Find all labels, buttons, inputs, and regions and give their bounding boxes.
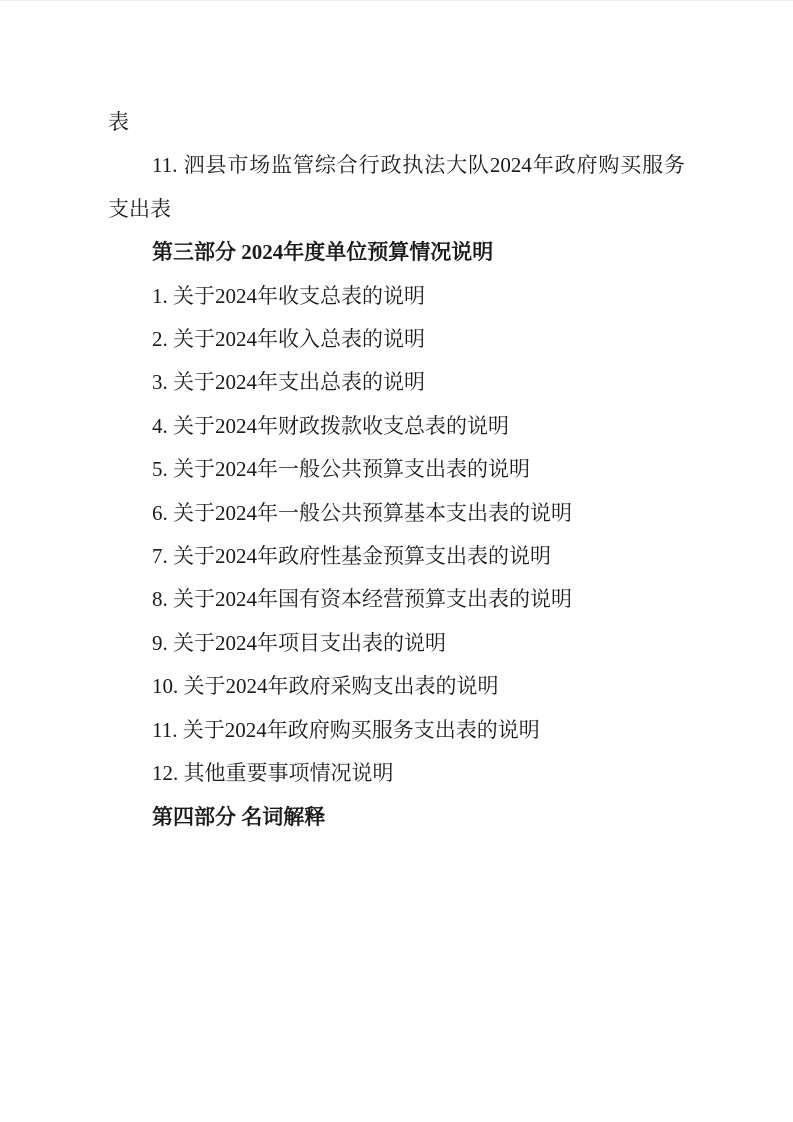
part3-item-7: 7. 关于2024年政府性基金预算支出表的说明 <box>108 535 685 578</box>
part3-item-8: 8. 关于2024年国有资本经营预算支出表的说明 <box>108 578 685 621</box>
part3-item-6: 6. 关于2024年一般公共预算基本支出表的说明 <box>108 492 685 535</box>
part3-heading: 第三部分 2024年度单位预算情况说明 <box>108 231 685 274</box>
part3-item-3: 3. 关于2024年支出总表的说明 <box>108 361 685 404</box>
part3-item-5: 5. 关于2024年一般公共预算支出表的说明 <box>108 448 685 491</box>
toc-tables-item-11-line1: 11. 泗县市场监管综合行政执法大队2024年政府购买服务 <box>108 144 685 187</box>
toc-continuation-line: 表 <box>108 101 685 144</box>
part3-item-4: 4. 关于2024年财政拨款收支总表的说明 <box>108 405 685 448</box>
part3-item-9: 9. 关于2024年项目支出表的说明 <box>108 622 685 665</box>
part3-item-1: 1. 关于2024年收支总表的说明 <box>108 275 685 318</box>
part3-item-11: 11. 关于2024年政府购买服务支出表的说明 <box>108 709 685 752</box>
document-page: 表 11. 泗县市场监管综合行政执法大队2024年政府购买服务 支出表 第三部分… <box>0 0 793 1122</box>
part4-heading: 第四部分 名词解释 <box>108 796 685 839</box>
part3-item-12: 12. 其他重要事项情况说明 <box>108 752 685 795</box>
toc-tables-item-11-line2: 支出表 <box>108 188 685 231</box>
part3-item-10: 10. 关于2024年政府采购支出表的说明 <box>108 665 685 708</box>
part3-item-2: 2. 关于2024年收入总表的说明 <box>108 318 685 361</box>
